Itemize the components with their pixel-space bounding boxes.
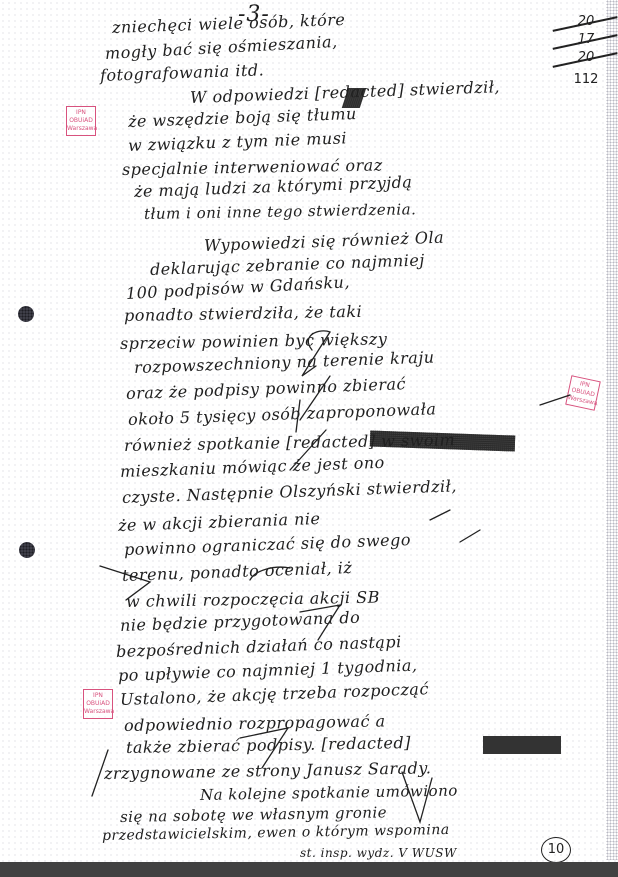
- handwritten-line: również spotkanie [redacted] w swoim: [124, 430, 456, 455]
- ipn-archive-stamp: IPN OBUiAD Warszawa: [565, 375, 601, 411]
- handwritten-line: nie będzie przygotowana do: [120, 608, 361, 635]
- ipn-archive-stamp: IPN OBUiAD Warszawa: [83, 689, 113, 719]
- handwritten-line: sprzeciw powinien być większy: [120, 329, 388, 353]
- handwritten-line: czyste. Następnie Olszyński stwierdził,: [122, 476, 458, 507]
- handwritten-line: terenu, ponadto oceniał, iż: [122, 558, 353, 585]
- handwritten-line: mieszkaniu mówiąc że jest ono: [120, 453, 385, 481]
- handwritten-line: odpowiednio rozpropagować a: [124, 711, 386, 735]
- signature-line: st. insp. wydz. V WUSW: [300, 846, 457, 860]
- scan-edge-bottom: [0, 862, 618, 877]
- handwritten-line: także zbierać podpisy. [redacted]: [126, 733, 411, 757]
- circled-folio-number: 10: [541, 837, 571, 863]
- ipn-archive-stamp: IPN OBUiAD Warszawa: [66, 106, 96, 136]
- folio-number-struck: 20: [558, 14, 614, 32]
- handwritten-line: w związku z tym nie musi: [128, 128, 348, 155]
- scan-edge-right: [606, 0, 618, 860]
- handwritten-line: ponadto stwierdziła, że taki: [124, 302, 362, 325]
- handwritten-line: powinno ograniczać się do swego: [124, 530, 412, 559]
- handwritten-line: fotografowania itd.: [100, 60, 265, 85]
- handwritten-line: Na kolejne spotkanie umówiono: [200, 782, 458, 804]
- folio-number-current: 112: [558, 72, 614, 90]
- stamp-text: OBUiAD: [84, 700, 112, 708]
- handwritten-line: około 5 tysięcy osób zaproponowała: [128, 399, 437, 429]
- folio-number-struck: 20: [558, 50, 614, 68]
- punch-hole: [19, 542, 35, 558]
- handwritten-line: tłum i oni inne tego stwierdzenia.: [144, 200, 417, 223]
- archival-folio-numbers: 20 17 20 112: [558, 14, 614, 90]
- stamp-text: Warszawa: [67, 125, 95, 133]
- handwritten-line: że w akcji zbierania nie: [118, 509, 321, 535]
- handwritten-line: oraz że podpisy powinno zbierać: [126, 374, 407, 403]
- stamp-text: OBUiAD: [67, 117, 95, 125]
- stamp-text: IPN: [67, 109, 95, 117]
- scanned-document-page: -3- 20 17 20 112 IPN OBUiAD Warszawa IPN…: [0, 0, 618, 877]
- stamp-text: Warszawa: [84, 708, 112, 716]
- handwritten-line: mogły bać się ośmieszania,: [105, 32, 339, 63]
- handwritten-line: że wszędzie boją się tłumu: [128, 104, 357, 131]
- punch-hole: [18, 306, 34, 322]
- stamp-text: IPN: [84, 692, 112, 700]
- folio-number-struck: 17: [558, 32, 614, 50]
- handwritten-line: Ustalono, że akcję trzeba rozpocząć: [120, 679, 430, 709]
- handwritten-line: zrzygnowane ze strony Janusz Sarady.: [104, 758, 432, 783]
- handwritten-line: się na sobotę we własnym gronie: [120, 803, 387, 826]
- redaction-mark: [483, 736, 561, 754]
